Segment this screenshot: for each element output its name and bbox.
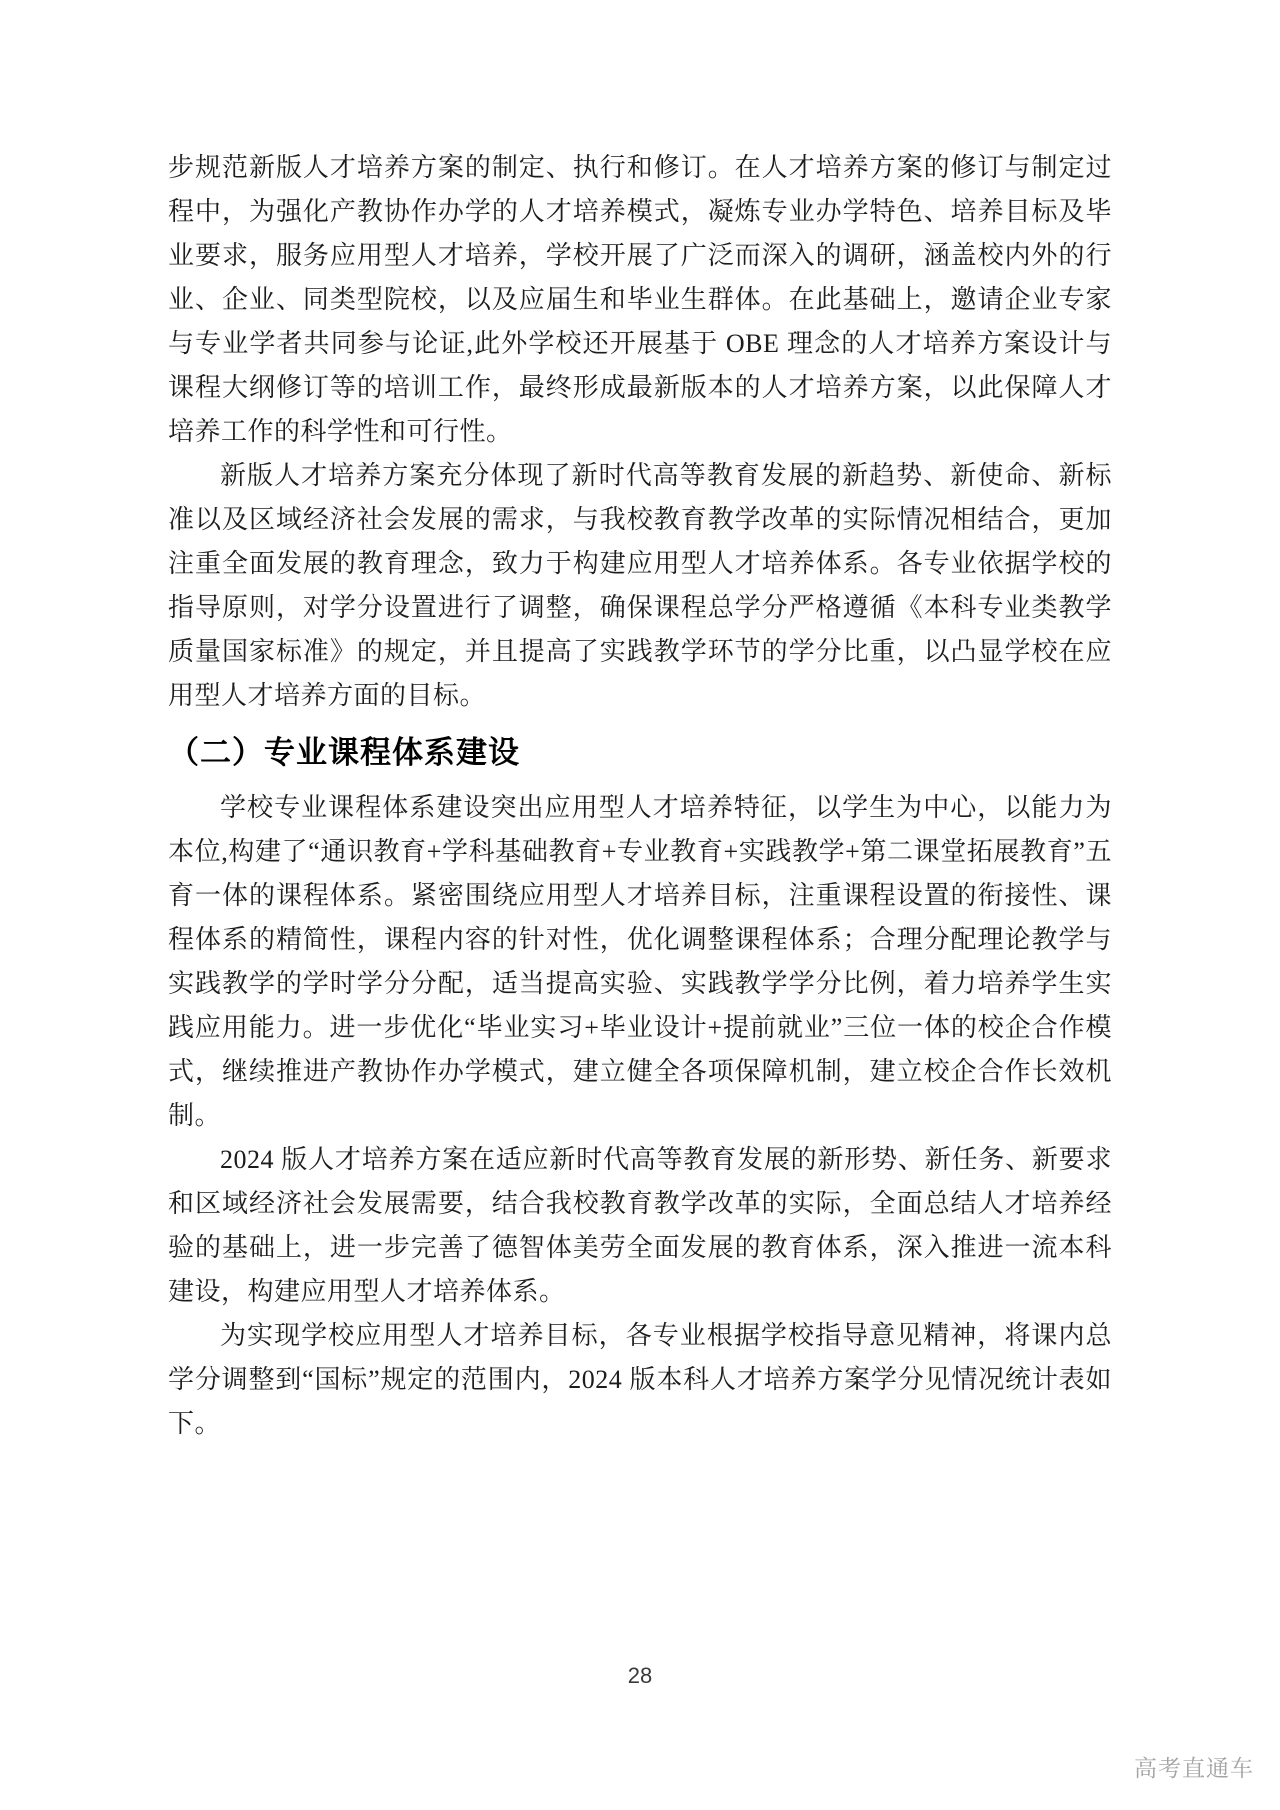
page-number: 28 bbox=[0, 1663, 1280, 1689]
watermark: 高考直通车 bbox=[1134, 1750, 1254, 1783]
body-paragraph: 为实现学校应用型人才培养目标，各专业根据学校指导意见精神，将课内总学分调整到“国… bbox=[168, 1314, 1112, 1446]
body-paragraph: 步规范新版人才培养方案的制定、执行和修订。在人才培养方案的修订与制定过程中，为强… bbox=[168, 146, 1112, 454]
document-page: 步规范新版人才培养方案的制定、执行和修订。在人才培养方案的修订与制定过程中，为强… bbox=[0, 0, 1280, 1810]
body-paragraph: 学校专业课程体系建设突出应用型人才培养特征，以学生为中心，以能力为本位,构建了“… bbox=[168, 786, 1112, 1138]
section-heading: （二）专业课程体系建设 bbox=[168, 731, 1112, 775]
body-paragraph: 2024 版人才培养方案在适应新时代高等教育发展的新形势、新任务、新要求和区域经… bbox=[168, 1138, 1112, 1314]
body-paragraph: 新版人才培养方案充分体现了新时代高等教育发展的新趋势、新使命、新标准以及区域经济… bbox=[168, 454, 1112, 718]
document-content: 步规范新版人才培养方案的制定、执行和修订。在人才培养方案的修订与制定过程中，为强… bbox=[168, 146, 1112, 1446]
